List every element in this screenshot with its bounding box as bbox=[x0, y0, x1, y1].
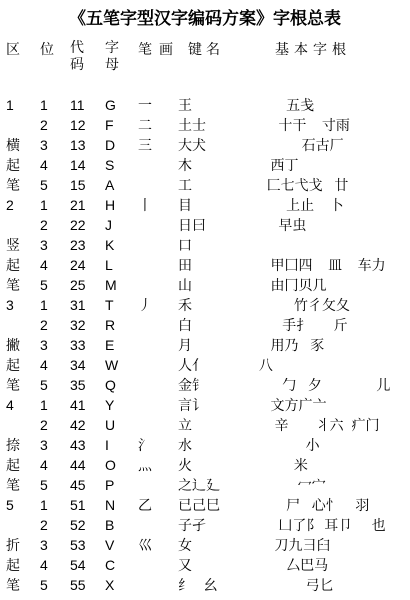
code-cell: 45 bbox=[70, 475, 105, 495]
letter-cell: W bbox=[105, 355, 138, 375]
keyname-cell: 白 bbox=[178, 315, 255, 335]
letter-cell: R bbox=[105, 315, 138, 335]
letter-cell: K bbox=[105, 235, 138, 255]
position-cell: 1 bbox=[40, 395, 70, 415]
table-row: 笔 5 55 X 纟 幺 弓匕 bbox=[0, 575, 410, 595]
table-header: 区 位 代 码 字 母 笔画 键名 基本字根 bbox=[0, 39, 410, 73]
code-cell: 51 bbox=[70, 495, 105, 515]
region-cell: 起 bbox=[6, 455, 40, 475]
keyname-cell: 纟 幺 bbox=[178, 575, 255, 595]
keyname-cell: 之辶廴 bbox=[178, 475, 255, 495]
roots-cell: 厶巴马 bbox=[255, 555, 410, 575]
header-letter: 字 母 bbox=[105, 39, 138, 73]
keyname-cell: 子孑 bbox=[178, 515, 255, 535]
code-cell: 11 bbox=[70, 95, 105, 115]
keyname-cell: 禾 bbox=[178, 295, 255, 315]
code-cell: 42 bbox=[70, 415, 105, 435]
region-cell: 3 bbox=[6, 295, 40, 315]
header-code-bottom: 码 bbox=[70, 56, 105, 73]
letter-cell: T bbox=[105, 295, 138, 315]
region-cell: 起 bbox=[6, 255, 40, 275]
header-region: 区 bbox=[6, 39, 40, 59]
region-cell: 横 bbox=[6, 135, 40, 155]
letter-cell: G bbox=[105, 95, 138, 115]
region-cell: 起 bbox=[6, 355, 40, 375]
roots-cell: 凵了阝 耳卩 也 bbox=[255, 515, 410, 535]
keyname-cell: 言讠 bbox=[178, 395, 255, 415]
roots-cell: 十干 寸雨 bbox=[255, 115, 410, 135]
table-row: 3 1 31 T 丿 禾 竹彳攵夂 bbox=[0, 295, 410, 315]
table-row: 2 32 R 白 手扌 斤 bbox=[0, 315, 410, 335]
region-cell: 2 bbox=[6, 195, 40, 215]
keyname-cell: 月 bbox=[178, 335, 255, 355]
header-code-top: 代 bbox=[70, 39, 105, 56]
letter-cell: V bbox=[105, 535, 138, 555]
code-cell: 32 bbox=[70, 315, 105, 335]
header-code: 代 码 bbox=[70, 39, 105, 73]
keyname-cell: 金钅 bbox=[178, 375, 255, 395]
code-cell: 14 bbox=[70, 155, 105, 175]
stroke-cell: 氵 bbox=[138, 435, 178, 455]
code-cell: 21 bbox=[70, 195, 105, 215]
position-cell: 4 bbox=[40, 155, 70, 175]
letter-cell: J bbox=[105, 215, 138, 235]
keyname-cell: 立 bbox=[178, 415, 255, 435]
position-cell: 1 bbox=[40, 195, 70, 215]
position-cell: 5 bbox=[40, 475, 70, 495]
keyname-cell: 田 bbox=[178, 255, 255, 275]
letter-cell: C bbox=[105, 555, 138, 575]
stroke-cell: 巛 bbox=[138, 535, 178, 555]
region-cell: 4 bbox=[6, 395, 40, 415]
letter-cell: L bbox=[105, 255, 138, 275]
table-row: 起 4 54 C 又 厶巴马 bbox=[0, 555, 410, 575]
table-row: 2 1 21 H 丨 目 上止 卜 bbox=[0, 195, 410, 215]
region-cell: 竖 bbox=[6, 235, 40, 255]
position-cell: 1 bbox=[40, 295, 70, 315]
header-roots: 基本字根 bbox=[265, 39, 410, 59]
table-row: 折 3 53 V 巛 女 刀九彐臼 bbox=[0, 535, 410, 555]
region-cell: 5 bbox=[6, 495, 40, 515]
table-row: 4 1 41 Y 言讠 文方广亠 bbox=[0, 395, 410, 415]
roots-cell: 上止 卜 bbox=[255, 195, 410, 215]
letter-cell: P bbox=[105, 475, 138, 495]
code-cell: 43 bbox=[70, 435, 105, 455]
roots-cell: 尸 心忄 羽 bbox=[255, 495, 410, 515]
keyname-cell: 水 bbox=[178, 435, 255, 455]
stroke-cell: 丨 bbox=[138, 195, 178, 215]
stroke-cell: 三 bbox=[138, 135, 178, 155]
roots-cell: 弓匕 bbox=[255, 575, 410, 595]
header-letter-top: 字 bbox=[105, 39, 138, 56]
table-row: 捺 3 43 I 氵 水 小 bbox=[0, 435, 410, 455]
roots-cell: 米 bbox=[255, 455, 410, 475]
roots-cell: 匚七弋戈 廿 bbox=[255, 175, 410, 195]
region-cell: 笔 bbox=[6, 275, 40, 295]
roots-cell: 甲囗四 皿 车力 bbox=[255, 255, 410, 275]
wubi-root-table-page: 《五笔字型汉字编码方案》字根总表 区 位 代 码 字 母 笔画 键名 基本字根 … bbox=[0, 0, 410, 600]
letter-cell: U bbox=[105, 415, 138, 435]
table-row: 2 42 U 立 辛 丬六 疒门 bbox=[0, 415, 410, 435]
header-position: 位 bbox=[40, 39, 70, 59]
letter-cell: H bbox=[105, 195, 138, 215]
position-cell: 3 bbox=[40, 135, 70, 155]
header-keyname: 键名 bbox=[178, 39, 265, 59]
code-cell: 25 bbox=[70, 275, 105, 295]
table-row: 5 1 51 N 乙 已己巳 尸 心忄 羽 bbox=[0, 495, 410, 515]
table-row: 横 3 13 D 三 大犬 石古厂 bbox=[0, 135, 410, 155]
letter-cell: S bbox=[105, 155, 138, 175]
table-row: 起 4 44 O 灬 火 米 bbox=[0, 455, 410, 475]
header-letter-bottom: 母 bbox=[105, 56, 138, 73]
code-cell: 41 bbox=[70, 395, 105, 415]
region-cell: 1 bbox=[6, 95, 40, 115]
letter-cell: I bbox=[105, 435, 138, 455]
region-cell: 折 bbox=[6, 535, 40, 555]
code-cell: 31 bbox=[70, 295, 105, 315]
code-cell: 44 bbox=[70, 455, 105, 475]
keyname-cell: 工 bbox=[178, 175, 255, 195]
position-cell: 5 bbox=[40, 375, 70, 395]
keyname-cell: 日曰 bbox=[178, 215, 255, 235]
letter-cell: Y bbox=[105, 395, 138, 415]
keyname-cell: 目 bbox=[178, 195, 255, 215]
roots-cell: 冖宀 bbox=[255, 475, 410, 495]
letter-cell: B bbox=[105, 515, 138, 535]
region-cell: 笔 bbox=[6, 175, 40, 195]
stroke-cell: 一 bbox=[138, 95, 178, 115]
keyname-cell: 山 bbox=[178, 275, 255, 295]
code-cell: 12 bbox=[70, 115, 105, 135]
table-row: 2 22 J 日曰 早虫 bbox=[0, 215, 410, 235]
roots-cell: 竹彳攵夂 bbox=[255, 295, 410, 315]
stroke-cell: 丿 bbox=[138, 295, 178, 315]
table-row: 竖 3 23 K 口 bbox=[0, 235, 410, 255]
roots-cell: 手扌 斤 bbox=[255, 315, 410, 335]
position-cell: 3 bbox=[40, 435, 70, 455]
roots-cell: 由冂贝几 bbox=[255, 275, 410, 295]
position-cell: 2 bbox=[40, 115, 70, 135]
position-cell: 4 bbox=[40, 555, 70, 575]
position-cell: 5 bbox=[40, 275, 70, 295]
position-cell: 1 bbox=[40, 95, 70, 115]
letter-cell: Q bbox=[105, 375, 138, 395]
table-row: 起 4 14 S 木 西丁 bbox=[0, 155, 410, 175]
roots-cell: 刀九彐臼 bbox=[255, 535, 410, 555]
region-cell: 笔 bbox=[6, 475, 40, 495]
stroke-cell: 二 bbox=[138, 115, 178, 135]
code-cell: 24 bbox=[70, 255, 105, 275]
keyname-cell: 土士 bbox=[178, 115, 255, 135]
roots-cell: 八 bbox=[255, 355, 410, 375]
code-cell: 13 bbox=[70, 135, 105, 155]
position-cell: 3 bbox=[40, 535, 70, 555]
keyname-cell: 已己巳 bbox=[178, 495, 255, 515]
stroke-cell: 灬 bbox=[138, 455, 178, 475]
letter-cell: D bbox=[105, 135, 138, 155]
letter-cell: X bbox=[105, 575, 138, 595]
letter-cell: A bbox=[105, 175, 138, 195]
roots-cell: 早虫 bbox=[255, 215, 410, 235]
keyname-cell: 口 bbox=[178, 235, 255, 255]
code-cell: 55 bbox=[70, 575, 105, 595]
table-row: 笔 5 15 A 工 匚七弋戈 廿 bbox=[0, 175, 410, 195]
keyname-cell: 大犬 bbox=[178, 135, 255, 155]
position-cell: 2 bbox=[40, 415, 70, 435]
region-cell: 捺 bbox=[6, 435, 40, 455]
code-cell: 34 bbox=[70, 355, 105, 375]
position-cell: 5 bbox=[40, 175, 70, 195]
roots-cell: 文方广亠 bbox=[255, 395, 410, 415]
code-cell: 53 bbox=[70, 535, 105, 555]
position-cell: 1 bbox=[40, 495, 70, 515]
roots-cell: 西丁 bbox=[255, 155, 410, 175]
table-row: 笔 5 25 M 山 由冂贝几 bbox=[0, 275, 410, 295]
position-cell: 4 bbox=[40, 255, 70, 275]
keyname-cell: 人亻 bbox=[178, 355, 255, 375]
roots-cell: 勹 夕 儿 bbox=[255, 375, 410, 395]
roots-cell: 小 bbox=[255, 435, 410, 455]
position-cell: 4 bbox=[40, 455, 70, 475]
region-cell: 撇 bbox=[6, 335, 40, 355]
region-cell: 起 bbox=[6, 155, 40, 175]
position-cell: 2 bbox=[40, 315, 70, 335]
table-row: 2 52 B 子孑 凵了阝 耳卩 也 bbox=[0, 515, 410, 535]
roots-cell: 用乃 豕 bbox=[255, 335, 410, 355]
keyname-cell: 王 bbox=[178, 95, 255, 115]
roots-cell: 五戋 bbox=[255, 95, 410, 115]
header-stroke: 笔画 bbox=[138, 39, 178, 59]
roots-cell: 石古厂 bbox=[255, 135, 410, 155]
letter-cell: F bbox=[105, 115, 138, 135]
code-cell: 22 bbox=[70, 215, 105, 235]
code-cell: 35 bbox=[70, 375, 105, 395]
table-row: 撇 3 33 E 月 用乃 豕 bbox=[0, 335, 410, 355]
keyname-cell: 木 bbox=[178, 155, 255, 175]
position-cell: 4 bbox=[40, 355, 70, 375]
region-cell: 起 bbox=[6, 555, 40, 575]
table-row: 笔 5 45 P 之辶廴 冖宀 bbox=[0, 475, 410, 495]
region-cell: 笔 bbox=[6, 575, 40, 595]
code-cell: 52 bbox=[70, 515, 105, 535]
table-body: 1 1 11 G 一 王 五戋 2 12 F 二 土士 十干 寸雨 横 3 13… bbox=[0, 95, 410, 595]
page-title: 《五笔字型汉字编码方案》字根总表 bbox=[0, 0, 410, 31]
keyname-cell: 火 bbox=[178, 455, 255, 475]
table-row: 笔 5 35 Q 金钅 勹 夕 儿 bbox=[0, 375, 410, 395]
keyname-cell: 女 bbox=[178, 535, 255, 555]
stroke-cell: 乙 bbox=[138, 495, 178, 515]
code-cell: 54 bbox=[70, 555, 105, 575]
letter-cell: M bbox=[105, 275, 138, 295]
position-cell: 5 bbox=[40, 575, 70, 595]
code-cell: 33 bbox=[70, 335, 105, 355]
table-row: 起 4 34 W 人亻 八 bbox=[0, 355, 410, 375]
table-row: 1 1 11 G 一 王 五戋 bbox=[0, 95, 410, 115]
table-row: 起 4 24 L 田 甲囗四 皿 车力 bbox=[0, 255, 410, 275]
code-cell: 15 bbox=[70, 175, 105, 195]
roots-cell: 辛 丬六 疒门 bbox=[255, 415, 410, 435]
letter-cell: N bbox=[105, 495, 138, 515]
table-row: 2 12 F 二 土士 十干 寸雨 bbox=[0, 115, 410, 135]
letter-cell: O bbox=[105, 455, 138, 475]
position-cell: 2 bbox=[40, 515, 70, 535]
region-cell: 笔 bbox=[6, 375, 40, 395]
position-cell: 3 bbox=[40, 335, 70, 355]
position-cell: 2 bbox=[40, 215, 70, 235]
position-cell: 3 bbox=[40, 235, 70, 255]
keyname-cell: 又 bbox=[178, 555, 255, 575]
letter-cell: E bbox=[105, 335, 138, 355]
code-cell: 23 bbox=[70, 235, 105, 255]
